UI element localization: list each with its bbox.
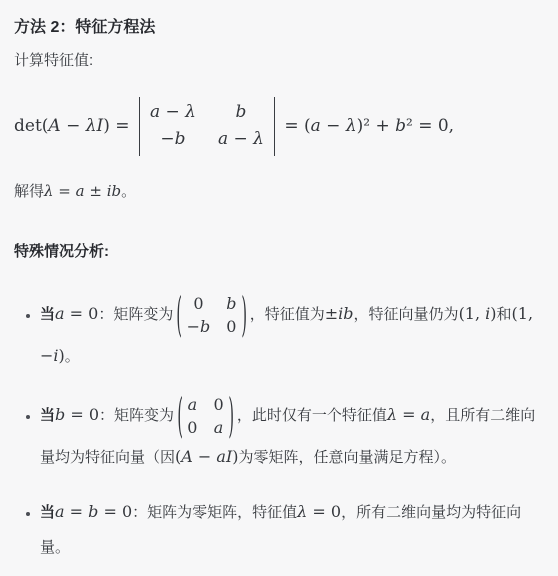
matrix-cell-r2c2: a − λ: [218, 126, 264, 154]
case-keyword: 当: [40, 306, 55, 323]
matrix-cell-r1c2: b: [226, 292, 236, 315]
determinant-matrix: a − λb−ba − λ: [139, 97, 275, 156]
determinant-cells: a − λb−ba − λ: [140, 97, 274, 156]
matrix-expression-math: (A − aI): [175, 447, 239, 466]
case-keyword: 当: [40, 504, 55, 521]
eigenvector-math: (1, i): [459, 304, 497, 323]
case-text: ：矩阵为零矩阵，特征值: [132, 504, 297, 521]
case-b-zero: 当b = 0：矩阵变为(a00a)，此时仅有一个特征值λ = a，且所有二维向量…: [40, 393, 544, 476]
matrix-cell-r1c2: 0: [213, 393, 223, 416]
characteristic-equation: det(A − λI) = a − λb−ba − λ = (a − λ)² +…: [14, 97, 544, 156]
case-text: ：矩阵变为: [98, 306, 173, 323]
eigenvalue-math: ±ib: [325, 304, 354, 323]
solve-suffix: 。: [121, 183, 136, 200]
case-text: ，特征值为: [250, 306, 325, 323]
special-cases-list: 当a = 0：矩阵变为(0b−b0)，特征值为±ib，特征向量仍为(1, i)和…: [14, 292, 544, 566]
case-text: 。: [65, 348, 80, 365]
matrix-cell-r2c2: 0: [226, 315, 236, 338]
matrix-cell-r2c1: −b: [187, 315, 211, 338]
solve-prefix: 解得: [14, 183, 44, 200]
case-a-b-zero: 当a = b = 0：矩阵为零矩阵，特征值λ = 0，所有二维向量均为特征向量。: [40, 494, 544, 565]
solve-line: 解得λ = a ± ib。: [14, 180, 544, 204]
case-text: 和: [497, 306, 512, 323]
eigenvalue-math: λ = 0: [297, 502, 341, 521]
method-heading: 方法 2：特征方程法: [14, 18, 544, 38]
determinant-bar-right: [274, 97, 275, 156]
case-text: ，此时仅有一个特征值: [237, 407, 387, 424]
case-text: 为零矩阵，任意向量满足方程）。: [239, 449, 457, 466]
matrix-cell-r1c1: 0: [187, 292, 211, 315]
case-text: ：矩阵变为: [99, 407, 174, 424]
left-paren: (: [176, 287, 183, 342]
left-paren: (: [176, 388, 183, 443]
equation-lhs: (A − λI) =: [42, 116, 135, 136]
solve-math: λ = a ± ib: [44, 182, 121, 200]
det-operator: det: [14, 116, 42, 136]
equation-rhs: = (a − λ)² + b² = 0,: [279, 116, 454, 136]
math-document: 方法 2：特征方程法 计算特征值: det(A − λI) = a − λb−b…: [0, 0, 558, 576]
matrix-cell-r2c1: 0: [187, 416, 197, 439]
right-paren: ): [240, 287, 247, 342]
matrix-cell-r1c1: a: [187, 393, 197, 416]
matrix-cell-r2c1: −b: [150, 126, 196, 154]
matrix-a-zero: (0b−b0): [175, 292, 247, 338]
matrix-cells: a00a: [184, 393, 226, 439]
section-heading: 特殊情况分析:: [14, 241, 544, 264]
matrix-cell-r2c2: a: [213, 416, 223, 439]
matrix-cells: 0b−b0: [184, 292, 240, 338]
case-a-zero: 当a = 0：矩阵变为(0b−b0)，特征值为±ib，特征向量仍为(1, i)和…: [40, 292, 544, 375]
intro-text: 计算特征值:: [14, 50, 544, 73]
matrix-cell-r1c2: b: [218, 99, 264, 127]
matrix-cell-r1c1: a − λ: [150, 99, 196, 127]
right-paren: ): [227, 388, 234, 443]
case-condition: a = b = 0: [55, 502, 132, 521]
matrix-b-zero: (a00a): [176, 393, 235, 439]
case-condition: b = 0: [55, 405, 99, 424]
case-keyword: 当: [40, 407, 55, 424]
case-text: ，特征向量仍为: [354, 306, 459, 323]
eigenvalue-math: λ = a: [387, 405, 430, 424]
case-condition: a = 0: [55, 304, 98, 323]
